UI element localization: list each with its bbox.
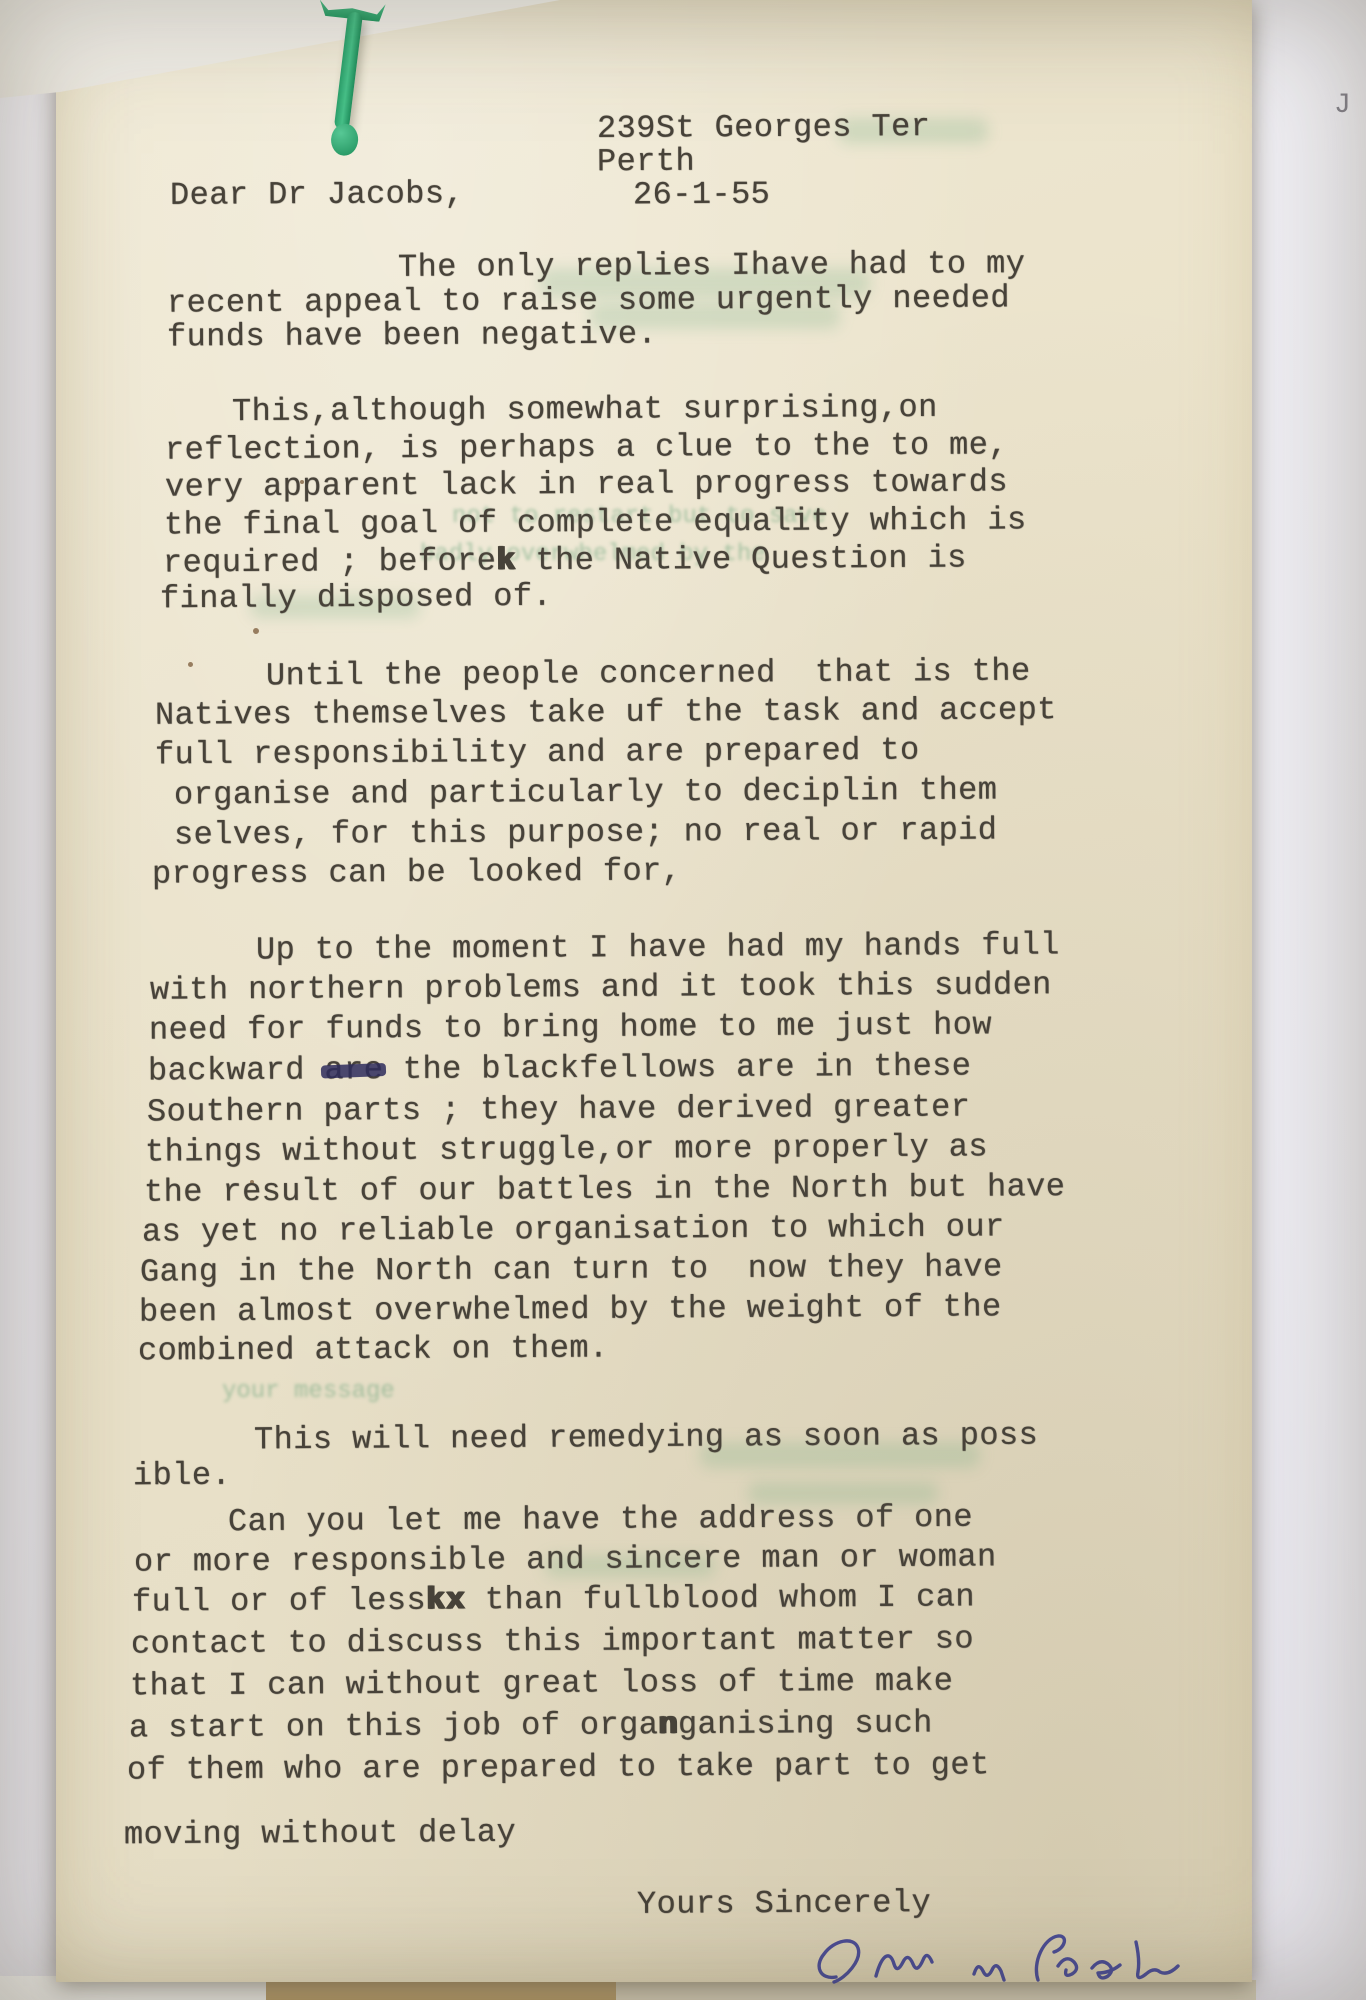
typed-text: Can you let me have the address of one: [228, 1499, 973, 1541]
typed-line: full or of lesskx than fullblood whom I …: [132, 1581, 975, 1618]
typed-text: a start on this job of orga: [129, 1706, 659, 1746]
ink-struck-word: are: [324, 1051, 383, 1088]
typed-text: backward: [148, 1051, 325, 1089]
typed-text: progress can be looked for,: [152, 852, 682, 892]
typed-text: full or of less: [132, 1582, 426, 1621]
typed-line: combined attack on them.: [138, 1333, 609, 1368]
green-pin-stem: [334, 11, 363, 130]
overstruck-chars: k: [496, 542, 516, 579]
typed-text: need for funds to bring home to me just …: [149, 1006, 992, 1048]
green-pin: [306, 0, 396, 171]
typed-text: Until the people concerned that is the: [266, 653, 1031, 695]
typed-text: that I can without great loss of time ma…: [130, 1662, 954, 1704]
typed-text: Dear Dr Jacobs,: [170, 175, 464, 214]
typed-text: Yours Sincerely: [637, 1884, 931, 1923]
typed-line: as yet no reliable organisation to which…: [142, 1211, 1005, 1248]
typed-line: been almost overwhelmed by the weight of…: [139, 1291, 1002, 1328]
letter-text-layer: 239St Georges TerPerthDear Dr Jacobs,26-…: [0, 0, 1366, 2000]
typed-line: Perth: [597, 146, 695, 179]
typed-text: ible.: [133, 1457, 231, 1495]
typed-line: moving without delay: [124, 1817, 516, 1851]
typed-line: Yours Sincerely: [637, 1887, 931, 1921]
typed-line: The only replies Ihave had to my: [398, 248, 1025, 284]
typed-text: Up to the moment I have had my hands ful…: [256, 927, 1060, 969]
overstruck-chars: n: [658, 1706, 678, 1743]
typed-line: organise and particularly to deciplin th…: [174, 774, 998, 811]
typed-line: reflection, is perhaps a clue to the to …: [165, 429, 1008, 466]
typed-line: Natives themselves take uf the task and …: [155, 694, 1057, 732]
typed-text: finally disposed of.: [160, 578, 552, 617]
typed-line: things without struggle,or more properly…: [145, 1131, 988, 1168]
typed-text: or more responsible and sincere man or w…: [134, 1538, 997, 1580]
typed-text: selves, for this purpose; no real or rap…: [174, 811, 998, 853]
typed-text: the final goal of complete equality whic…: [164, 501, 1027, 543]
typed-line: full responsibility and are prepared to: [155, 735, 920, 772]
typed-line: Southern parts ; they have derived great…: [147, 1091, 971, 1128]
typed-text: as yet no reliable organisation to which…: [142, 1208, 1005, 1250]
typed-line: recent appeal to raise some urgently nee…: [167, 282, 1010, 319]
typed-text: than fullblood whom I can: [465, 1578, 975, 1618]
typed-text: been almost overwhelmed by the weight of…: [139, 1288, 1002, 1330]
overstruck-chars: kx: [426, 1582, 465, 1619]
handwritten-signature: [806, 1922, 1246, 2000]
typed-text: combined attack on them.: [138, 1330, 609, 1370]
typed-line: selves, for this purpose; no real or rap…: [174, 814, 998, 851]
typed-text: 239St Georges Ter: [597, 108, 930, 147]
typed-text: Southern parts ; they have derived great…: [147, 1088, 971, 1130]
typed-line: funds have been negative.: [167, 319, 657, 354]
typed-text: moving without delay: [124, 1814, 516, 1853]
typed-text: This will need remedying as soon as poss: [254, 1417, 1038, 1459]
typed-line: required ; beforek the Native Question i…: [163, 543, 967, 580]
typed-line: 26-1-55: [633, 179, 770, 212]
typed-line: Until the people concerned that is the: [266, 656, 1031, 693]
typed-text: reflection, is perhaps a clue to the to …: [165, 426, 1008, 468]
typed-line: with northern problems and it took this …: [150, 969, 1052, 1007]
typed-line: that I can without great loss of time ma…: [130, 1665, 954, 1702]
typed-text: Perth: [597, 143, 695, 181]
typed-text: the result of our battles in the North b…: [144, 1168, 1066, 1211]
typed-line: of them who are prepared to take part to…: [127, 1749, 990, 1786]
typed-text: Gang in the North can turn to now they h…: [140, 1248, 1003, 1290]
typed-text: organise and particularly to deciplin th…: [174, 771, 998, 813]
typed-text: very apparent lack in real progress towa…: [165, 463, 1008, 505]
typed-line: progress can be looked for,: [152, 855, 681, 890]
typed-text: full responsibility and are prepared to: [155, 732, 920, 774]
typed-text: things without struggle,or more properly…: [145, 1128, 988, 1170]
typed-line: This will need remedying as soon as poss: [254, 1420, 1038, 1457]
typed-line: the result of our battles in the North b…: [144, 1171, 1066, 1209]
typed-text: the blackfellows are in these: [383, 1047, 971, 1088]
typed-text: ganising such: [678, 1705, 933, 1744]
typed-line: ible.: [133, 1460, 231, 1493]
typed-text: Natives themselves take uf the task and …: [155, 691, 1057, 734]
typed-line: Dear Dr Jacobs,: [170, 178, 464, 212]
typed-line: Up to the moment I have had my hands ful…: [256, 930, 1060, 967]
typed-line: very apparent lack in real progress towa…: [165, 466, 1008, 503]
photo-of-letter: { "document": { "description": "Typewrit…: [0, 0, 1366, 2000]
typed-line: need for funds to bring home to me just …: [149, 1009, 992, 1046]
typed-line: finally disposed of.: [160, 581, 552, 615]
typed-line: This,although somewhat surprising,on: [232, 392, 938, 428]
typed-text: funds have been negative.: [167, 316, 657, 356]
typed-text: with northern problems and it took this …: [150, 966, 1052, 1009]
typed-line: backward are the blackfellows are in the…: [148, 1050, 972, 1087]
typed-line: or more responsible and sincere man or w…: [134, 1541, 997, 1578]
typed-text: contact to discuss this important matter…: [131, 1620, 974, 1662]
typed-text: This,although somewhat surprising,on: [232, 389, 938, 430]
typed-text: required ; before: [163, 542, 496, 581]
typed-line: Gang in the North can turn to now they h…: [140, 1251, 1003, 1288]
typed-line: contact to discuss this important matter…: [131, 1623, 974, 1660]
typed-line: Can you let me have the address of one: [228, 1502, 973, 1539]
green-pin-tip: [330, 123, 359, 157]
typed-text: 26-1-55: [633, 176, 770, 214]
typed-text: the Native Question is: [516, 540, 967, 580]
typed-line: 239St Georges Ter: [597, 111, 930, 145]
typed-text: of them who are prepared to take part to…: [127, 1746, 990, 1788]
typed-line: the final goal of complete equality whic…: [164, 504, 1027, 541]
typed-line: a start on this job of organganising suc…: [129, 1708, 933, 1745]
